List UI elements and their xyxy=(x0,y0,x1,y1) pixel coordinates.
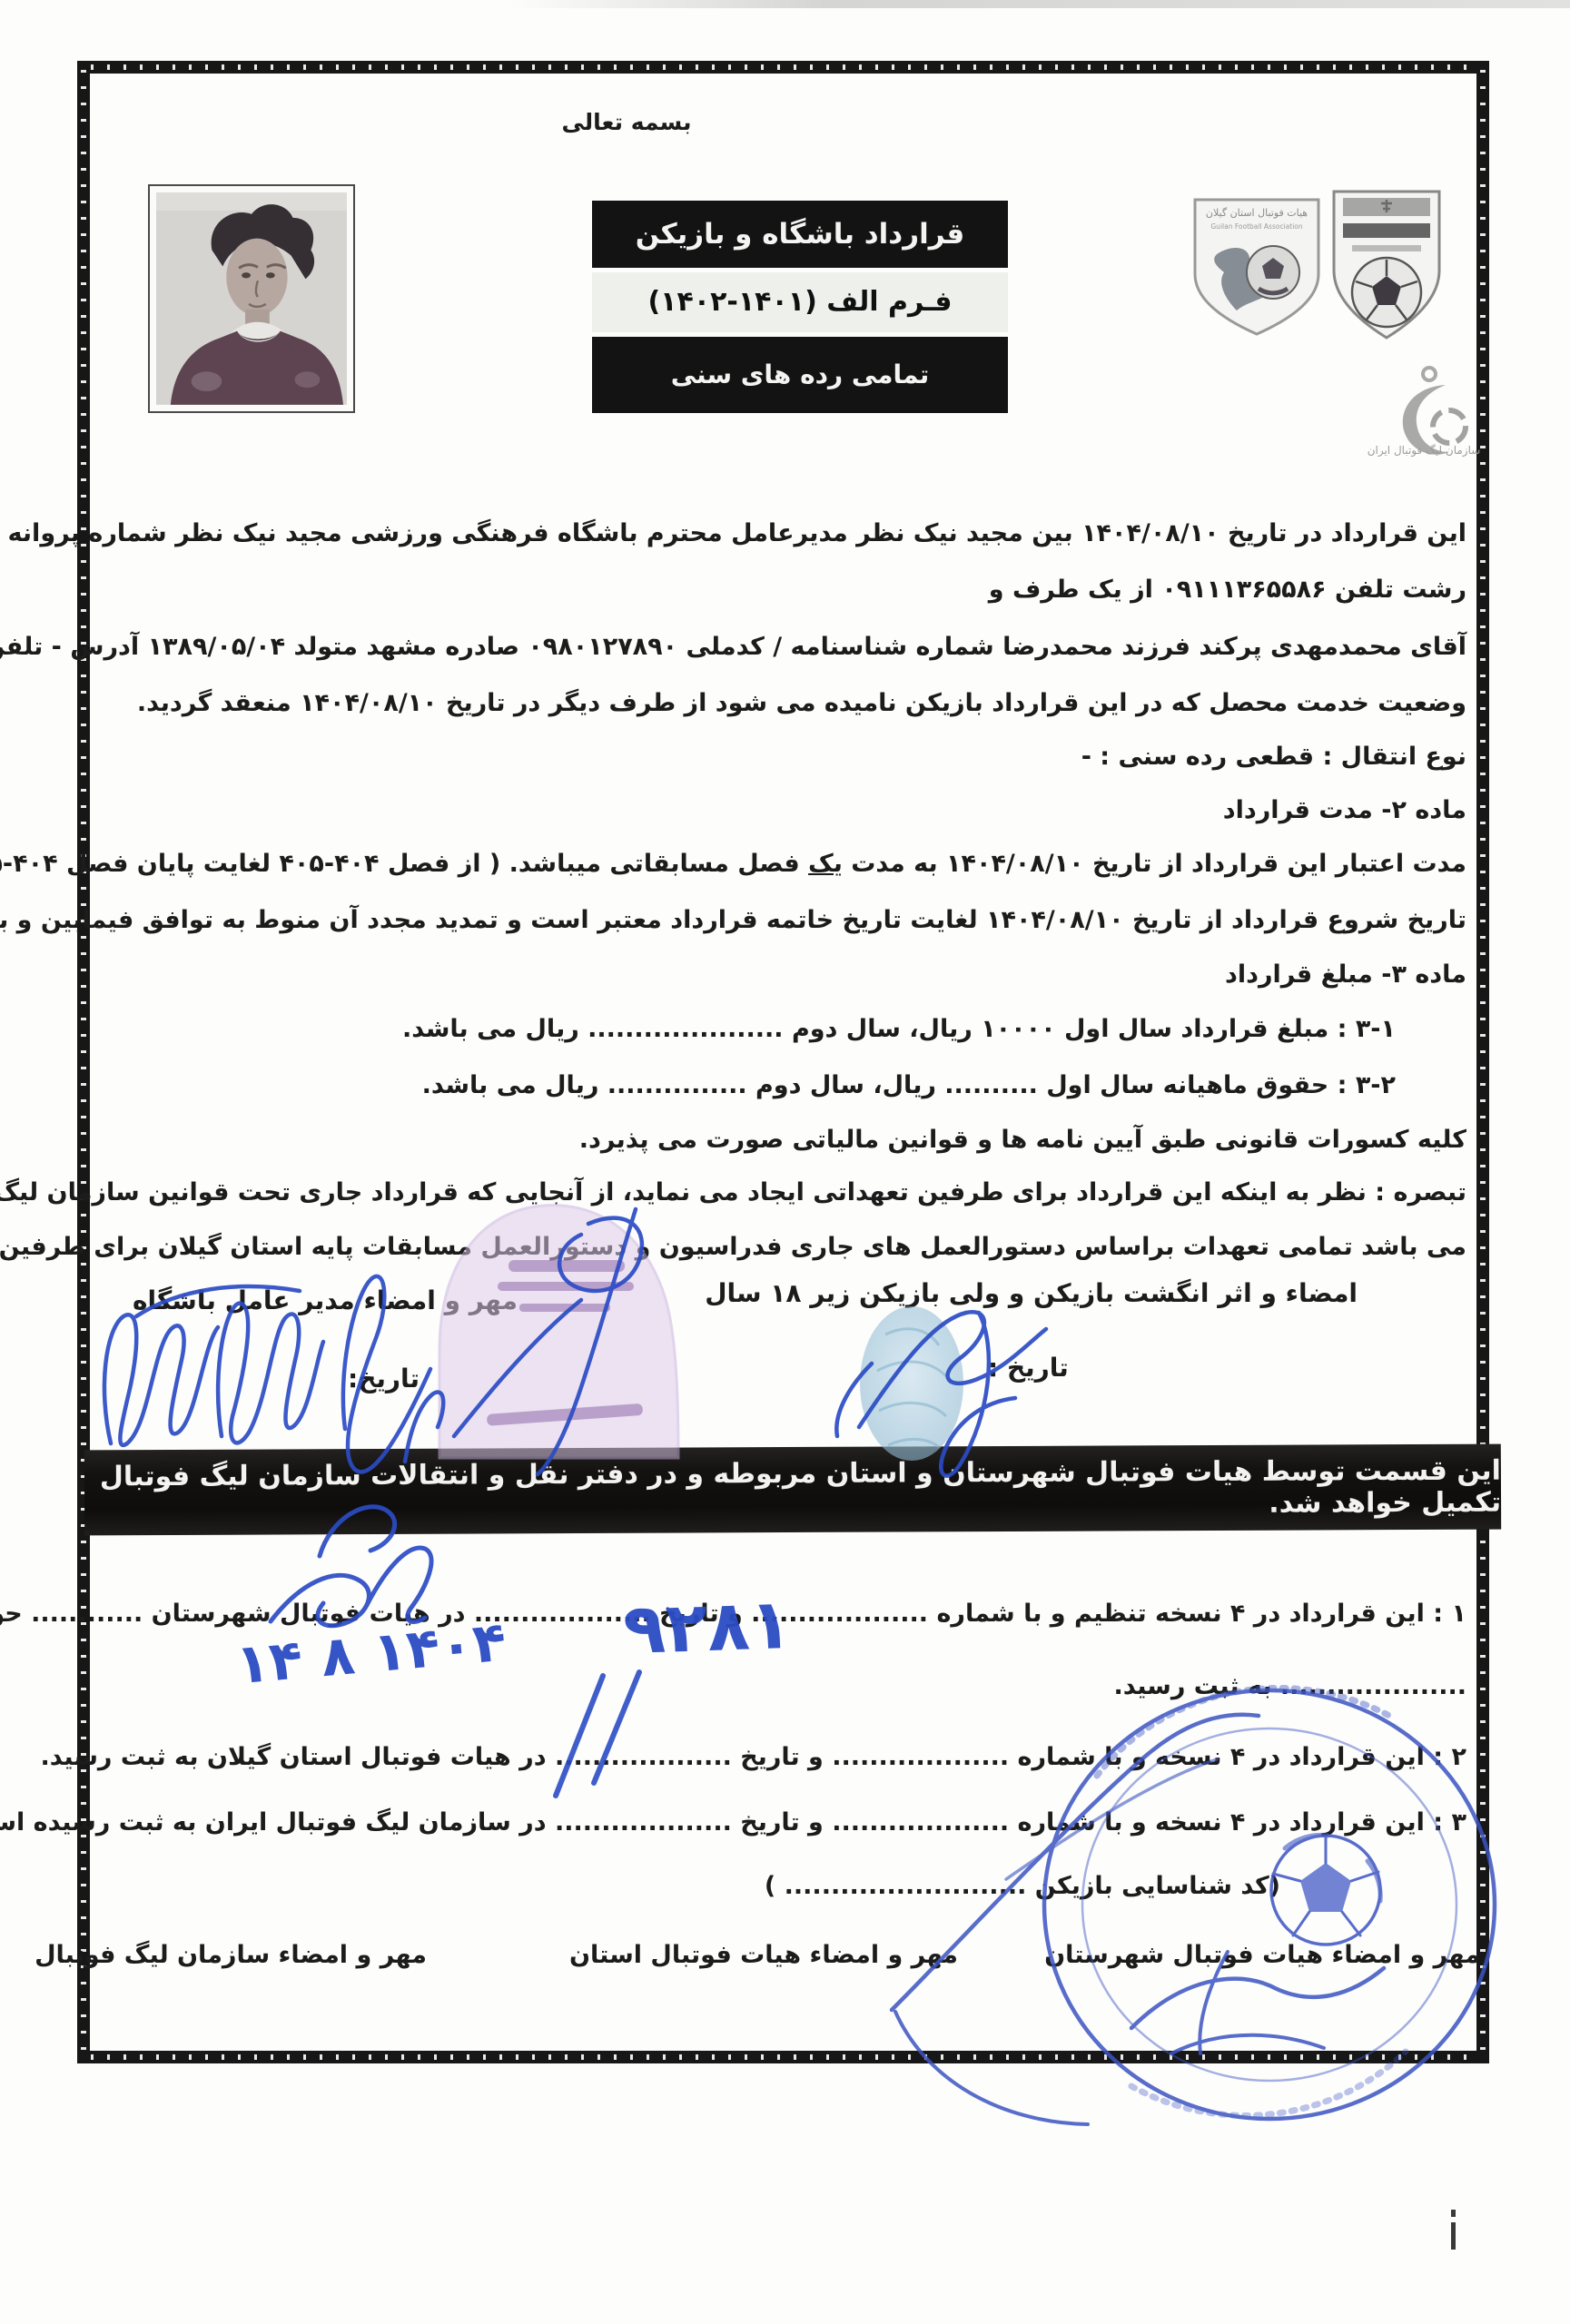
date-label-right: تاریخ : xyxy=(988,1353,1069,1383)
article-2-line-2: تاریخ شروع قرارداد از تاریخ ۱۴۰۴/۰۸/۱۰ ل… xyxy=(91,906,1466,934)
footer-label-city-fa: مهر و امضاء هیات فوتبال شهرستان xyxy=(1053,1941,1480,1969)
deductions-line: کلیه کسورات قانونی طبق آیین نامه ها و قو… xyxy=(91,1126,1466,1154)
article-3-clause-2: ۳-۲ : حقوق ماهیانه سال اول .......... ری… xyxy=(91,1071,1466,1099)
article-2-title: ماده ۲- مدت قرارداد xyxy=(91,796,1466,824)
contract-line-2: رشت تلفن ۰۹۱۱۱۳۶۵۵۸۶ از یک طرف و xyxy=(91,576,1466,604)
gilan-fa-name-en: Guilan Football Association xyxy=(1210,222,1302,231)
form-title-box: قرارداد باشگاه و بازیکن فـرم الف (۱۴۰۱-۱… xyxy=(592,201,1008,413)
contract-line-3: آقای محمدمهدی پرکند فرزند محمدرضا شماره … xyxy=(91,633,1466,661)
transfer-type-line: نوع انتقال : قطعی رده سنی : - xyxy=(91,743,1466,771)
player-photo xyxy=(148,184,355,413)
contract-line-1: این قرارداد در تاریخ ۱۴۰۴/۰۸/۱۰ بین مجید… xyxy=(91,519,1466,547)
article-3-title: ماده ۳- مبلغ قرارداد xyxy=(91,960,1466,989)
player-code-line: (کد شناسایی بازیکن .....................… xyxy=(100,1872,1280,1900)
article-2-line-1: مدت اعتبار این قرارداد از تاریخ ۱۴۰۴/۰۸/… xyxy=(91,850,1466,878)
scanned-contract-page: { "document": { "bismillah": "بسمه تعالی… xyxy=(0,0,1570,2324)
league-organization-logo: سازمان لیگ فوتبال ایران xyxy=(1358,361,1495,459)
gilan-fa-name-fa: هیات فوتبال استان گیلان xyxy=(1206,207,1308,219)
bismillah-text: بسمه تعالی xyxy=(509,109,745,135)
club-manager-signature-label: مهر و امضاء مدیر عامل باشگاه xyxy=(191,1285,518,1315)
player-signature-label: امضاء و اثر انگشت بازیکن و ولی بازیکن زی… xyxy=(813,1278,1358,1308)
footer-label-league: مهر و امضاء سازمان لیگ فوتبال xyxy=(127,1941,427,1969)
registration-line-1b: .................... به ثبت رسید. xyxy=(91,1672,1466,1700)
football-federation-logo xyxy=(1328,187,1445,343)
frame-edge-bottom xyxy=(77,2051,1489,2063)
completion-banner: این قسمت توسط هیات فوتبال شهرستان و استا… xyxy=(84,1444,1501,1536)
league-logo-caption: سازمان لیگ فوتبال ایران xyxy=(1368,444,1481,458)
form-title: قرارداد باشگاه و بازیکن xyxy=(592,201,1008,268)
note-line-1: تبصره : نظر به اینکه این قرارداد برای طر… xyxy=(91,1178,1466,1206)
form-code: فـرم الف (۱۴۰۱-۱۴۰۲) xyxy=(592,272,1008,332)
registration-line-1: ۱ : این قرارداد در ۴ نسخه تنظیم و با شما… xyxy=(91,1600,1466,1628)
scan-tick-artifact xyxy=(1451,2222,1456,2250)
frame-edge-top xyxy=(77,61,1489,74)
note-line-2: می باشد تمامی تعهدات براساس دستورالعمل ه… xyxy=(91,1233,1466,1261)
footer-label-province-fa: مهر و امضاء هیات فوتبال استان xyxy=(604,1941,958,1969)
registration-line-2: ۲ : این قرارداد در ۴ نسخه و با شماره ...… xyxy=(91,1743,1466,1771)
article-3-clause-1: ۳-۱ : مبلغ قرارداد سال اول ۱۰۰۰۰ ریال، س… xyxy=(91,1015,1466,1043)
player-photo-image xyxy=(156,192,347,405)
date-label-left: تاریخ: xyxy=(348,1364,420,1393)
form-age-groups: تمامی رده های سنی xyxy=(592,337,1008,413)
contract-line-4: وضعیت خدمت محصل که در این قرارداد بازیکن… xyxy=(91,689,1466,717)
scan-edge-artifact xyxy=(509,0,1570,8)
registration-line-3: ۳ : این قرارداد در ۴ نسخه و با شماره ...… xyxy=(91,1808,1466,1837)
gilan-fa-logo: هیات فوتبال استان گیلان Guilan Football … xyxy=(1190,194,1324,340)
